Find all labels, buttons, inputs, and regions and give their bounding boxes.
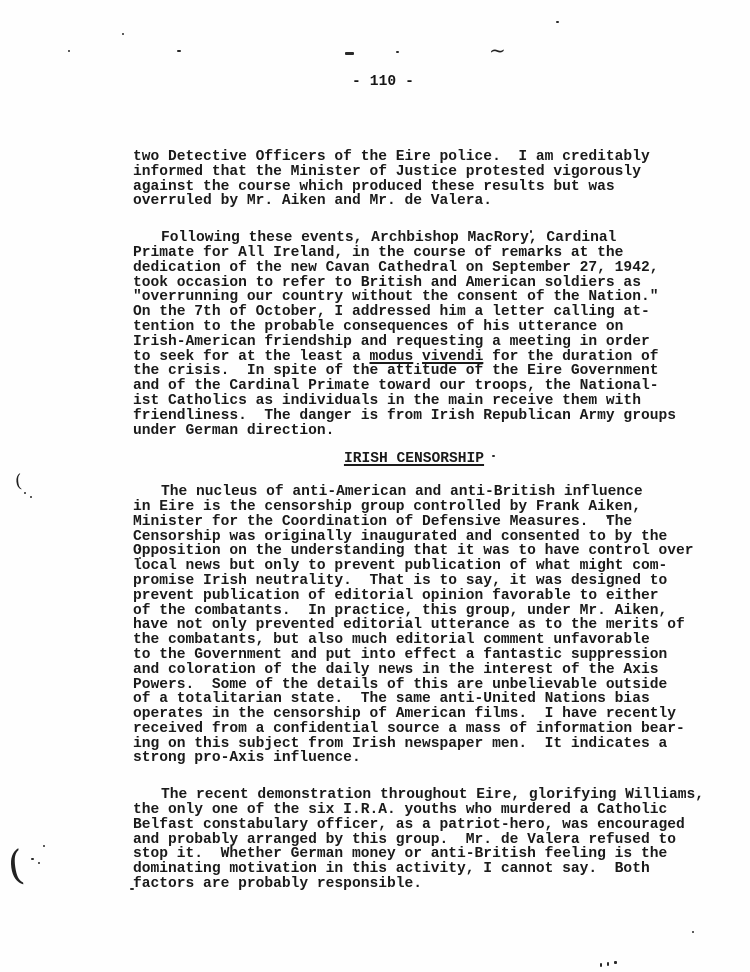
text-segment: prevent publication of editorial opinion…: [133, 588, 658, 604]
text-line: of a totalitarian state. The same anti-U…: [133, 692, 695, 707]
text-segment: and probably arranged by this group. Mr.…: [133, 832, 676, 848]
text-segment: Irish-American friendship and requesting…: [133, 334, 650, 350]
text-line: The recent demonstration throughout Eire…: [133, 788, 695, 803]
scan-artifact: [24, 492, 26, 494]
text-line: friendliness. The danger is from Irish R…: [133, 409, 695, 424]
paragraph: Following these events, Archbishop MacRo…: [133, 231, 695, 438]
text-segment: Following these events, Archbishop MacRo…: [161, 230, 616, 246]
text-segment: of a totalitarian state. The same anti-U…: [133, 691, 650, 707]
scan-artifact: [122, 33, 124, 35]
scan-artifact: [396, 51, 399, 53]
text-segment: took occasion to refer to British and Am…: [133, 275, 641, 291]
scan-artifact: [138, 548, 140, 550]
scan-artifact: [692, 931, 694, 933]
text-line: local news but only to prevent publicati…: [133, 559, 695, 574]
text-line: Following these events, Archbishop MacRo…: [133, 231, 695, 246]
text-line: informed that the Minister of Justice pr…: [133, 165, 695, 180]
text-line: tention to the probable consequences of …: [133, 320, 695, 335]
scan-artifact: [530, 230, 532, 233]
text-line: prevent publication of editorial opinion…: [133, 589, 695, 604]
text-line: Irish-American friendship and requesting…: [133, 335, 695, 350]
paragraph: The nucleus of anti-American and anti-Br…: [133, 485, 695, 766]
scan-artifact: [38, 862, 40, 864]
text-segment: ing on this subject from Irish newspaper…: [133, 736, 667, 752]
scan-artifact: [177, 50, 181, 52]
text-segment: the combatants, but also much editorial …: [133, 632, 650, 648]
text-segment: The nucleus of anti-American and anti-Br…: [161, 484, 643, 500]
text-segment: to the Government and put into effect a …: [133, 647, 667, 663]
scan-artifact: (: [14, 473, 23, 492]
paragraph: two Detective Officers of the Eire polic…: [133, 150, 695, 209]
text-line: against the course which produced these …: [133, 180, 695, 195]
scan-artifact: [492, 455, 495, 457]
text-segment: informed that the Minister of Justice pr…: [133, 164, 641, 180]
scan-artifact: [556, 21, 559, 23]
text-segment: "overrunning our country without the con…: [133, 289, 658, 305]
text-segment: and of the Cardinal Primate toward our t…: [133, 378, 658, 394]
text-line: to the Government and put into effect a …: [133, 648, 695, 663]
text-line: the crisis. In spite of the attitude of …: [133, 364, 695, 379]
text-segment: and coloration of the daily news in the …: [133, 662, 658, 678]
text-segment: factors are probably responsible.: [133, 876, 422, 892]
text-segment: local news but only to prevent publicati…: [133, 558, 667, 574]
text-line: dominating motivation in this activity, …: [133, 862, 695, 877]
text-line: The nucleus of anti-American and anti-Br…: [133, 485, 695, 500]
text-segment: ist Catholics as individuals in the main…: [133, 393, 641, 409]
text-segment: friendliness. The danger is from Irish R…: [133, 408, 676, 424]
text-line: Minister for the Coordination of Defensi…: [133, 515, 695, 530]
text-line: took occasion to refer to British and Am…: [133, 276, 695, 291]
text-line: ing on this subject from Irish newspaper…: [133, 737, 695, 752]
text-line: and coloration of the daily news in the …: [133, 663, 695, 678]
text-line: Belfast constabulary officer, as a patri…: [133, 818, 695, 833]
text-line: promise Irish neutrality. That is to say…: [133, 574, 695, 589]
scan-artifact: [607, 515, 609, 519]
text-line: have not only prevented editorial uttera…: [133, 618, 695, 633]
text-line: factors are probably responsible.: [133, 877, 695, 892]
text-segment: two Detective Officers of the Eire polic…: [133, 149, 650, 165]
scan-artifact: (: [5, 845, 26, 887]
text-line: strong pro-Axis influence.: [133, 751, 695, 766]
scan-artifact: ~: [489, 40, 506, 60]
scan-artifact: [614, 961, 617, 964]
text-line: On the 7th of October, I addressed him a…: [133, 305, 695, 320]
text-segment: Primate for All Ireland, in the course o…: [133, 245, 623, 261]
text-segment: the only one of the six I.R.A. youths wh…: [133, 802, 667, 818]
text-segment: have not only prevented editorial uttera…: [133, 617, 685, 633]
paragraph: The recent demonstration throughout Eire…: [133, 788, 695, 892]
text-segment: dedication of the new Cavan Cathedral on…: [133, 260, 658, 276]
text-line: of the combatants. In practice, this gro…: [133, 604, 695, 619]
text-segment: The recent demonstration throughout Eire…: [161, 787, 704, 803]
underlined-text: modus: [369, 349, 413, 365]
text-segment: On the 7th of October, I addressed him a…: [133, 304, 650, 320]
text-line: and of the Cardinal Primate toward our t…: [133, 379, 695, 394]
text-line: Censorship was originally inaugurated an…: [133, 530, 695, 545]
text-segment: tention to the probable consequences of …: [133, 319, 623, 335]
text-segment: operates in the censorship of American f…: [133, 706, 676, 722]
page-number: - 110 -: [352, 74, 414, 90]
scanned-document-page: - 110 - two Detective Officers of the Ei…: [0, 0, 750, 972]
text-segment: overruled by Mr. Aiken and Mr. de Valera…: [133, 193, 492, 209]
text-segment: Powers. Some of the details of this are …: [133, 677, 667, 693]
text-segment: the crisis. In spite of the attitude of …: [133, 363, 658, 379]
text-line: received from a confidential source a ma…: [133, 722, 695, 737]
scan-artifact: [139, 557, 141, 559]
text-line: ist Catholics as individuals in the main…: [133, 394, 695, 409]
text-line: operates in the censorship of American f…: [133, 707, 695, 722]
text-line: to seek for at the least a modus vivendi…: [133, 350, 695, 365]
text-line: IRISH CENSORSHIP: [133, 452, 695, 467]
text-segment: received from a confidential source a ma…: [133, 721, 685, 737]
text-segment: Minister for the Coordination of Defensi…: [133, 514, 632, 530]
text-line: Powers. Some of the details of this are …: [133, 678, 695, 693]
scan-artifact: [43, 845, 45, 847]
section-heading: IRISH CENSORSHIP: [133, 452, 695, 467]
scan-artifact: [30, 496, 32, 498]
scan-artifact: [130, 888, 134, 890]
text-line: and probably arranged by this group. Mr.…: [133, 833, 695, 848]
text-segment: [413, 349, 422, 365]
text-segment: against the course which produced these …: [133, 179, 615, 195]
underlined-text: IRISH CENSORSHIP: [344, 451, 484, 467]
text-line: stop it. Whether German money or anti-Br…: [133, 847, 695, 862]
text-segment: in Eire is the censorship group controll…: [133, 499, 641, 515]
scan-artifact: [600, 963, 602, 967]
underlined-text: vivendi: [422, 349, 483, 365]
text-line: Primate for All Ireland, in the course o…: [133, 246, 695, 261]
text-segment: stop it. Whether German money or anti-Br…: [133, 846, 667, 862]
text-segment: dominating motivation in this activity, …: [133, 861, 650, 877]
text-line: dedication of the new Cavan Cathedral on…: [133, 261, 695, 276]
text-segment: Censorship was originally inaugurated an…: [133, 529, 667, 545]
document-body: two Detective Officers of the Eire polic…: [133, 150, 695, 892]
scan-artifact: [68, 50, 70, 52]
text-line: "overrunning our country without the con…: [133, 290, 695, 305]
text-line: under German direction.: [133, 424, 695, 439]
text-line: the only one of the six I.R.A. youths wh…: [133, 803, 695, 818]
text-segment: to seek for at the least a: [133, 349, 369, 365]
text-line: in Eire is the censorship group controll…: [133, 500, 695, 515]
scan-artifact: [345, 52, 354, 55]
text-segment: promise Irish neutrality. That is to say…: [133, 573, 667, 589]
text-segment: of the combatants. In practice, this gro…: [133, 603, 667, 619]
scan-artifact: [607, 962, 609, 966]
text-line: Opposition on the understanding that it …: [133, 544, 695, 559]
text-line: overruled by Mr. Aiken and Mr. de Valera…: [133, 194, 695, 209]
text-segment: for the duration of: [483, 349, 658, 365]
text-segment: Belfast constabulary officer, as a patri…: [133, 817, 685, 833]
text-segment: Opposition on the understanding that it …: [133, 543, 694, 559]
text-segment: under German direction.: [133, 423, 334, 439]
text-line: two Detective Officers of the Eire polic…: [133, 150, 695, 165]
text-line: the combatants, but also much editorial …: [133, 633, 695, 648]
scan-artifact: [31, 858, 34, 860]
text-segment: strong pro-Axis influence.: [133, 750, 361, 766]
